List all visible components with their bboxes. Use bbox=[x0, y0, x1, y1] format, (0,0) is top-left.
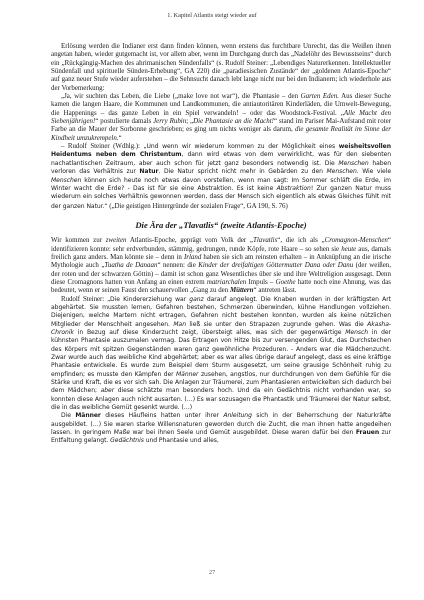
italic-run: heute bbox=[341, 245, 356, 253]
text-run: „Die Kindererziehung war bbox=[107, 296, 189, 303]
document-page: 1. Kapitel Atlantis steigt wieder auf Er… bbox=[0, 0, 424, 600]
italic-run: Tuatha de Danaan bbox=[104, 261, 157, 269]
running-head: 1. Kapitel Atlantis steigt wieder auf bbox=[0, 12, 424, 19]
italic-run: Menschen bbox=[51, 177, 81, 184]
italic-run: Jerry Rubin bbox=[153, 117, 186, 125]
italic-run: Menschen bbox=[338, 160, 368, 167]
quote-attribution: – Rudolf Steiner (Wdhlg.): bbox=[61, 142, 143, 150]
italic-run: zweiten bbox=[106, 236, 127, 244]
text-run: in Bezug auf diese Kinderzucht zeigt, üb… bbox=[74, 329, 345, 336]
italic-run: Maße bbox=[114, 429, 130, 436]
text-run: und Phantasie und alles, bbox=[144, 437, 219, 444]
text-run: Atlantis-Epoche, geprägt vom Volk der „ bbox=[127, 236, 253, 244]
text-run: “ bbox=[119, 134, 122, 142]
text-run: Impuls – bbox=[246, 278, 275, 286]
body-text: Erlösung werden die Indianer erst dann f… bbox=[51, 42, 391, 446]
italic-run: Gedächtnis bbox=[110, 437, 144, 444]
bold-run: Männer bbox=[75, 412, 101, 419]
page-number: 27 bbox=[0, 569, 424, 576]
text-run: . Wie viele bbox=[357, 168, 391, 175]
text-run: Wir kommen zur bbox=[51, 236, 106, 244]
italic-run: Mensch bbox=[345, 329, 368, 336]
text-run: dieses Häufleins hatten unter ihrer bbox=[101, 412, 224, 419]
text-run: „Und wenn wir wiederum kommen zu der Mög… bbox=[143, 143, 338, 150]
italic-run: Männer bbox=[176, 371, 199, 378]
text-run: “, die ich als „ bbox=[277, 236, 324, 244]
text-run: “ postulierte damals bbox=[95, 117, 153, 125]
italic-run: Garten Eden bbox=[301, 92, 338, 100]
section-heading: Die Ära der „Tlavatlis“ (zweite Atlantis… bbox=[51, 221, 391, 229]
italic-run: Man bbox=[173, 321, 186, 328]
text-run: Die bbox=[61, 412, 75, 419]
italic-run: Goethe bbox=[276, 278, 296, 286]
bold-run: Frauen bbox=[356, 429, 379, 436]
text-run: “ nennen: die bbox=[157, 261, 198, 269]
italic-run: Tlavatlis bbox=[253, 236, 277, 244]
text-run: „Ja, wir suchten das Leben, die Liebe („… bbox=[61, 92, 301, 100]
paragraph-steiner-quote-3: Die Männer dieses Häufleins hatten unter… bbox=[51, 412, 391, 445]
italic-run: ganz bbox=[189, 296, 203, 303]
paragraph-intro: Erlösung werden die Indianer erst dann f… bbox=[51, 42, 391, 92]
italic-run: Anleitung bbox=[223, 412, 251, 419]
italic-run: matriarchalen bbox=[207, 278, 246, 286]
italic-run: Cromagnon-Menschen bbox=[325, 236, 388, 244]
italic-run: Irland bbox=[184, 253, 201, 261]
bold-italic-run: Müttern bbox=[230, 286, 254, 294]
citation: („Die geistigen Hintergründe der soziale… bbox=[108, 202, 288, 210]
paragraph-tlavatlis: Wir kommen zur zweiten Atlantis-Epoche, … bbox=[51, 236, 391, 294]
text-run: ließ sie unter den Strapazen zugrunde ge… bbox=[186, 321, 367, 328]
quote-attribution: Rudolf Steiner: bbox=[61, 295, 107, 303]
italic-run: Die Phantasie an die Macht! bbox=[193, 117, 274, 125]
bold-run: Natur bbox=[139, 168, 158, 175]
paragraph-steiner-quote-2: Rudolf Steiner: „Die Kindererziehung war… bbox=[51, 295, 391, 413]
paragraph-quote-woodstock: „Ja, wir suchten das Leben, die Liebe („… bbox=[51, 92, 391, 142]
italic-run: Abstraktion bbox=[277, 185, 311, 192]
paragraph-steiner-quote-1: – Rudolf Steiner (Wdhlg.): „Und wenn wir… bbox=[51, 142, 391, 211]
text-run: . Die Natur spricht nicht mehr in Gebärd… bbox=[158, 168, 326, 175]
italic-run: aber bbox=[101, 387, 115, 394]
text-run: Erlösung werden die Indianer erst dann f… bbox=[51, 42, 391, 92]
text-run: war bei ihnen Seele und Gemüt ausgebilde… bbox=[130, 429, 356, 436]
italic-run: Menschen bbox=[327, 168, 357, 175]
italic-run: Kinder der dreifaltigen Göttermutter Dan… bbox=[198, 261, 353, 269]
text-run: “ antreten lässt. bbox=[254, 286, 297, 294]
